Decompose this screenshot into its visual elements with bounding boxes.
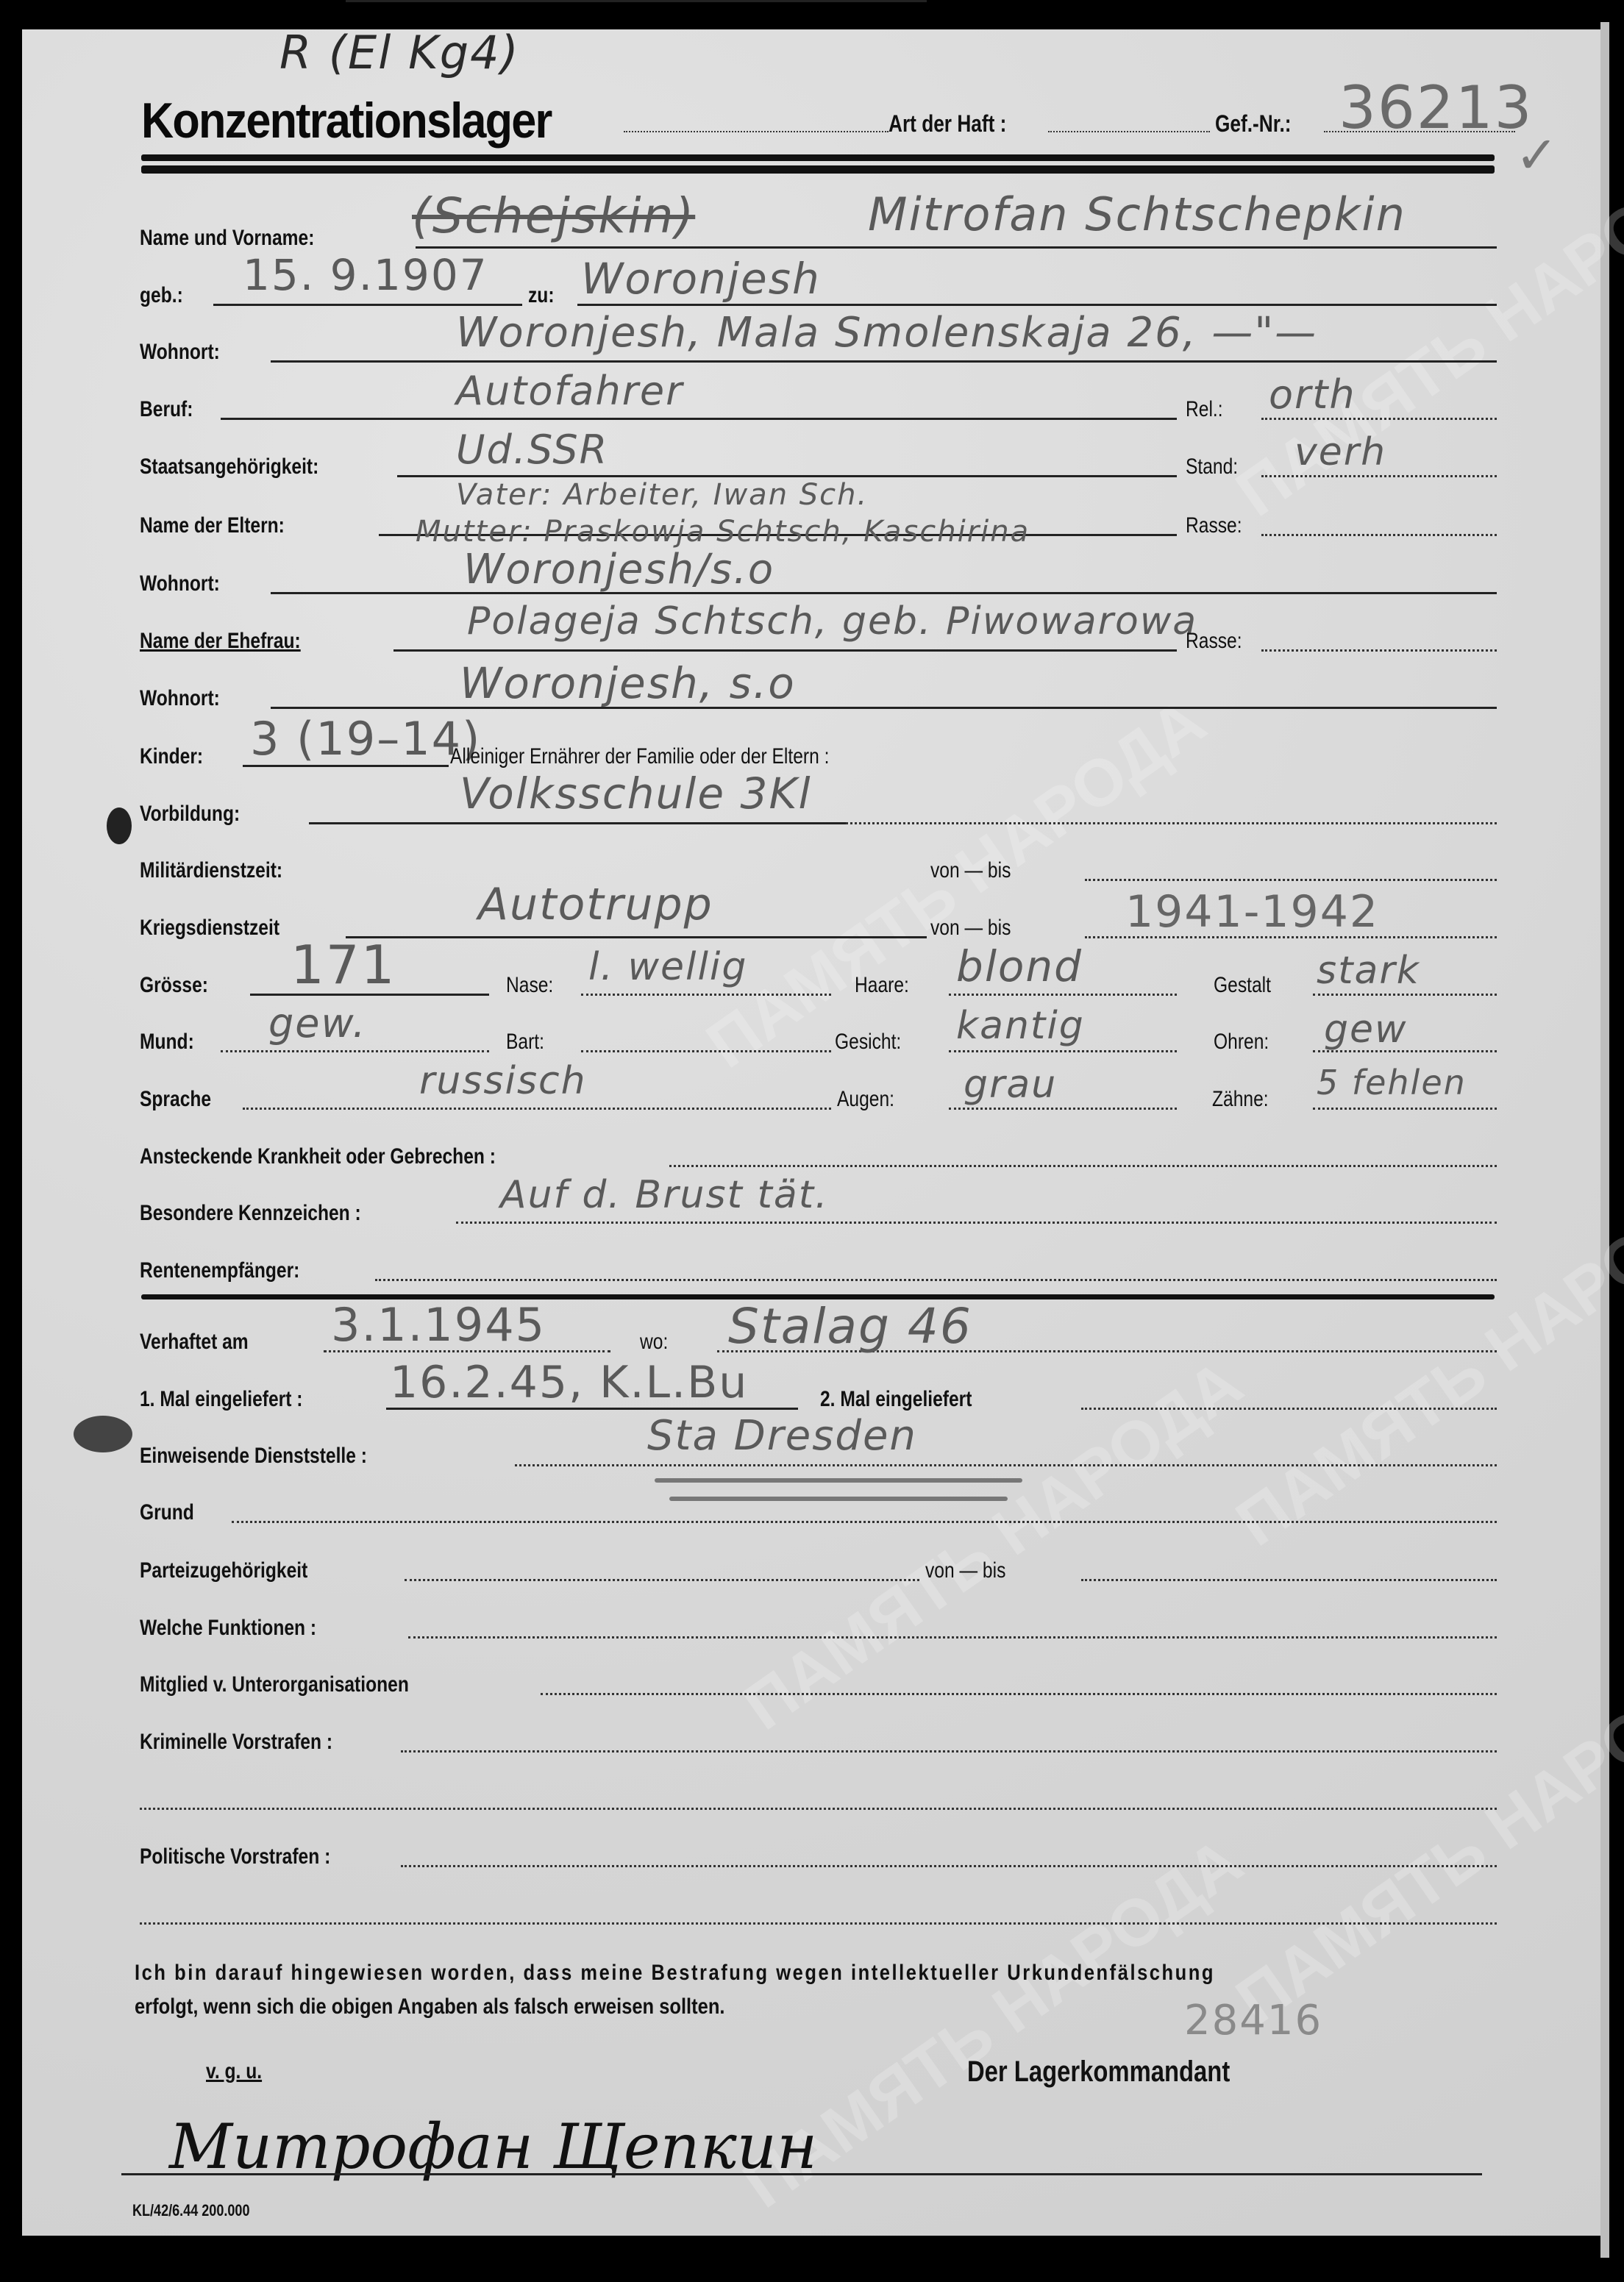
title-dotted-line bbox=[624, 131, 888, 132]
nase-value: l. wellig bbox=[588, 945, 747, 989]
print-code: KL/42/6.44 200.000 bbox=[132, 2201, 249, 2220]
gesicht-value: kantig bbox=[956, 1004, 1085, 1048]
zweitmals-eingeliefert-label: 2. Mal eingeliefert bbox=[820, 1387, 972, 1412]
rentenempfaenger-field[interactable] bbox=[375, 1279, 1497, 1281]
verhaftet-value: 3.1.1945 bbox=[331, 1298, 546, 1352]
rentenempfaenger-label: Rentenempfänger: bbox=[140, 1258, 299, 1283]
bart-label: Bart: bbox=[506, 1030, 544, 1055]
ehefrau-wohnort-field[interactable] bbox=[271, 707, 1497, 709]
kriminelle-vorstrafen-field[interactable] bbox=[401, 1750, 1497, 1752]
nase-label: Nase: bbox=[506, 973, 553, 998]
art-der-haft-label: Art der Haft : bbox=[888, 110, 1006, 138]
politische-vorstrafen-field-2[interactable] bbox=[140, 1922, 1497, 1925]
krankheit-field[interactable] bbox=[669, 1165, 1497, 1167]
beruf-label: Beruf: bbox=[140, 397, 193, 422]
zweitmals-eingeliefert-field[interactable] bbox=[1081, 1408, 1497, 1410]
mitglied-label: Mitglied v. Unterorganisationen bbox=[140, 1672, 409, 1697]
ehefrau-value: Polageja Schtsch, geb. Piwowarowa bbox=[467, 599, 1197, 643]
stand-label: Stand: bbox=[1186, 454, 1238, 479]
kinder-value: 3 (19–14) bbox=[250, 712, 481, 766]
gesicht-label: Gesicht: bbox=[835, 1030, 901, 1055]
staatsangehoerigkeit-label: Staatsangehörigkeit: bbox=[140, 454, 318, 479]
ohren-label: Ohren: bbox=[1214, 1030, 1269, 1055]
name-struck-value: (Schejskin) bbox=[412, 188, 695, 244]
name-value: Mitrofan Schtschepkin bbox=[868, 188, 1406, 241]
eltern-wohnort-label: Wohnort: bbox=[140, 571, 220, 596]
geb-field[interactable] bbox=[213, 304, 522, 306]
eltern-value-mother: Mutter: Praskowja Schtsch, Kaschirina bbox=[416, 515, 1030, 549]
wohnort-field[interactable] bbox=[271, 360, 1497, 363]
vorbildung-field-ext[interactable] bbox=[846, 822, 1497, 824]
underline-mark bbox=[669, 1497, 1008, 1501]
eltern-label: Name der Eltern: bbox=[140, 513, 285, 538]
vorbildung-value: Volksschule 3Kl bbox=[460, 769, 812, 819]
zaehne-value: 5 fehlen bbox=[1317, 1063, 1467, 1102]
rasse-field-ehefrau[interactable] bbox=[1261, 649, 1497, 652]
declaration-line-1: Ich bin darauf hingewiesen worden, dass … bbox=[135, 1956, 1522, 1990]
eltern-wohnort-field[interactable] bbox=[271, 592, 1497, 594]
gesicht-field[interactable] bbox=[949, 1050, 1177, 1052]
archive-number: 28416 bbox=[1184, 1997, 1322, 2044]
kinder-label: Kinder: bbox=[140, 744, 203, 769]
zaehne-field[interactable] bbox=[1313, 1108, 1497, 1110]
dienststelle-label: Einweisende Dienststelle : bbox=[140, 1444, 367, 1469]
dienststelle-field[interactable] bbox=[515, 1464, 1497, 1466]
form-title: Konzentrationslager bbox=[141, 92, 551, 149]
stain-mark bbox=[74, 1416, 132, 1452]
rel-field[interactable] bbox=[1261, 418, 1497, 420]
augen-field[interactable] bbox=[949, 1108, 1177, 1110]
funktionen-field[interactable] bbox=[408, 1636, 1497, 1639]
header-rule-bottom bbox=[141, 165, 1495, 174]
zu-label: zu: bbox=[528, 283, 555, 308]
zaehne-label: Zähne: bbox=[1212, 1087, 1269, 1112]
beruf-value: Autofahrer bbox=[456, 368, 683, 414]
kriegsdienstzeit-label: Kriegsdienstzeit bbox=[140, 916, 279, 941]
checkmark-icon: ✓ bbox=[1515, 125, 1560, 185]
zu-field[interactable] bbox=[577, 304, 1497, 306]
name-label: Name und Vorname: bbox=[140, 226, 314, 251]
erstmals-eingeliefert-value: 16.2.45, K.L.Bu bbox=[390, 1357, 748, 1408]
name-field[interactable] bbox=[416, 246, 1497, 249]
vorbildung-label: Vorbildung: bbox=[140, 802, 240, 827]
ernaehrer-label: Alleiniger Ernährer der Familie oder der… bbox=[450, 744, 829, 769]
top-annotation: R (El Kg4) bbox=[279, 26, 520, 79]
funktionen-label: Welche Funktionen : bbox=[140, 1616, 316, 1641]
ohren-value: gew bbox=[1324, 1008, 1408, 1052]
militaerdienstzeit-field[interactable] bbox=[346, 0, 927, 2]
augen-label: Augen: bbox=[837, 1087, 894, 1112]
rasse-field-eltern[interactable] bbox=[1261, 534, 1497, 536]
mund-value: gew. bbox=[268, 1000, 366, 1046]
ehefrau-wohnort-label: Wohnort: bbox=[140, 686, 220, 711]
mitglied-field[interactable] bbox=[541, 1693, 1497, 1695]
parteizugehoerigkeit-field[interactable] bbox=[405, 1579, 919, 1581]
nase-field[interactable] bbox=[581, 994, 831, 996]
sprache-value: russisch bbox=[419, 1059, 587, 1103]
sprache-label: Sprache bbox=[140, 1087, 211, 1112]
kennzeichen-label: Besondere Kennzeichen : bbox=[140, 1201, 361, 1226]
groesse-value: 171 bbox=[291, 934, 396, 996]
augen-value: grau bbox=[964, 1063, 1057, 1107]
mund-label: Mund: bbox=[140, 1030, 194, 1055]
gestalt-field[interactable] bbox=[1313, 994, 1497, 996]
wo-value: Stalag 46 bbox=[728, 1298, 972, 1355]
rasse-label-ehefrau: Rasse: bbox=[1186, 629, 1242, 654]
kriminelle-vorstrafen-label: Kriminelle Vorstrafen : bbox=[140, 1730, 332, 1755]
underline-mark bbox=[655, 1478, 1022, 1483]
wohnort-label: Wohnort: bbox=[140, 340, 220, 365]
ehefrau-wohnort-value: Woronjesh, s.o bbox=[460, 658, 796, 708]
geb-value: 15. 9.1907 bbox=[243, 250, 488, 300]
zu-value: Woronjesh bbox=[581, 254, 821, 304]
beruf-field[interactable] bbox=[221, 418, 1177, 420]
kriegsdienstzeit-field[interactable] bbox=[346, 936, 927, 938]
haare-field[interactable] bbox=[949, 994, 1177, 996]
lagerkommandant-label: Der Lagerkommandant bbox=[967, 2055, 1230, 2089]
stand-field[interactable] bbox=[1261, 475, 1497, 477]
groesse-label: Grösse: bbox=[140, 973, 208, 998]
signature-line bbox=[121, 2173, 1482, 2175]
militaerdienstzeit-label: Militärdienstzeit: bbox=[140, 858, 282, 883]
militaer-von-bis-field[interactable] bbox=[1085, 879, 1497, 881]
prisoner-signature: Митрофан Щепкин bbox=[169, 2111, 817, 2183]
bart-field[interactable] bbox=[581, 1050, 831, 1052]
rel-label: Rel.: bbox=[1186, 397, 1223, 422]
kriegsdienstzeit-value: Autotrupp bbox=[478, 879, 713, 930]
kriminelle-vorstrafen-field-2[interactable] bbox=[140, 1808, 1497, 1810]
gef-nr-label: Gef.-Nr.: bbox=[1215, 110, 1292, 138]
stand-value: verh bbox=[1294, 430, 1386, 474]
vgu-label: v. g. u. bbox=[206, 2059, 262, 2084]
eltern-wohnort-value: Woronjesh/s.o bbox=[463, 546, 774, 593]
geb-label: geb.: bbox=[140, 283, 183, 308]
staatsangehoerigkeit-value: Ud.SSR bbox=[456, 427, 608, 473]
verhaftet-label: Verhaftet am bbox=[140, 1330, 249, 1355]
militaer-von-bis-label: von — bis bbox=[930, 858, 1011, 883]
erstmals-eingeliefert-label: 1. Mal eingeliefert : bbox=[140, 1387, 302, 1412]
krankheit-label: Ansteckende Krankheit oder Gebrechen : bbox=[140, 1144, 496, 1169]
rasse-label-eltern: Rasse: bbox=[1186, 513, 1242, 538]
dienststelle-value: Sta Dresden bbox=[647, 1412, 917, 1460]
wo-label: wo: bbox=[640, 1330, 668, 1355]
gef-nr-field[interactable] bbox=[1324, 131, 1515, 132]
paper-edge bbox=[1600, 22, 1609, 2258]
krieg-von-bis-value: 1941-1942 bbox=[1125, 886, 1379, 938]
vorbildung-field[interactable] bbox=[309, 822, 846, 824]
gestalt-value: stark bbox=[1317, 949, 1420, 993]
grund-label: Grund bbox=[140, 1500, 194, 1525]
header-rule-top bbox=[141, 154, 1495, 161]
sprache-field[interactable] bbox=[243, 1108, 831, 1110]
politische-vorstrafen-field[interactable] bbox=[401, 1865, 1497, 1867]
haare-value: blond bbox=[956, 941, 1083, 991]
gestalt-label: Gestalt bbox=[1214, 973, 1271, 998]
partei-von-bis-field[interactable] bbox=[1081, 1579, 1497, 1581]
mund-field[interactable] bbox=[221, 1050, 489, 1052]
eltern-value-father: Vater: Arbeiter, Iwan Sch. bbox=[456, 478, 868, 512]
art-der-haft-field[interactable] bbox=[1048, 131, 1210, 132]
ehefrau-field[interactable] bbox=[393, 649, 1177, 652]
haare-label: Haare: bbox=[855, 973, 909, 998]
ehefrau-label: Name der Ehefrau: bbox=[140, 629, 301, 654]
parteizugehoerigkeit-label: Parteizugehörigkeit bbox=[140, 1558, 307, 1583]
partei-von-bis-label: von — bis bbox=[925, 1558, 1005, 1583]
kennzeichen-value: Auf d. Brust tät. bbox=[500, 1173, 829, 1217]
rel-value: orth bbox=[1269, 371, 1356, 418]
punch-hole-mark bbox=[107, 807, 132, 844]
krieg-von-bis-label: von — bis bbox=[930, 916, 1011, 941]
staatsangehoerigkeit-field[interactable] bbox=[397, 475, 1177, 477]
grund-field[interactable] bbox=[232, 1521, 1497, 1523]
politische-vorstrafen-label: Politische Vorstrafen : bbox=[140, 1844, 330, 1869]
wohnort-value: Woronjesh, Mala Smolenskaja 26, —"— bbox=[456, 309, 1317, 357]
kennzeichen-field[interactable] bbox=[456, 1222, 1497, 1224]
